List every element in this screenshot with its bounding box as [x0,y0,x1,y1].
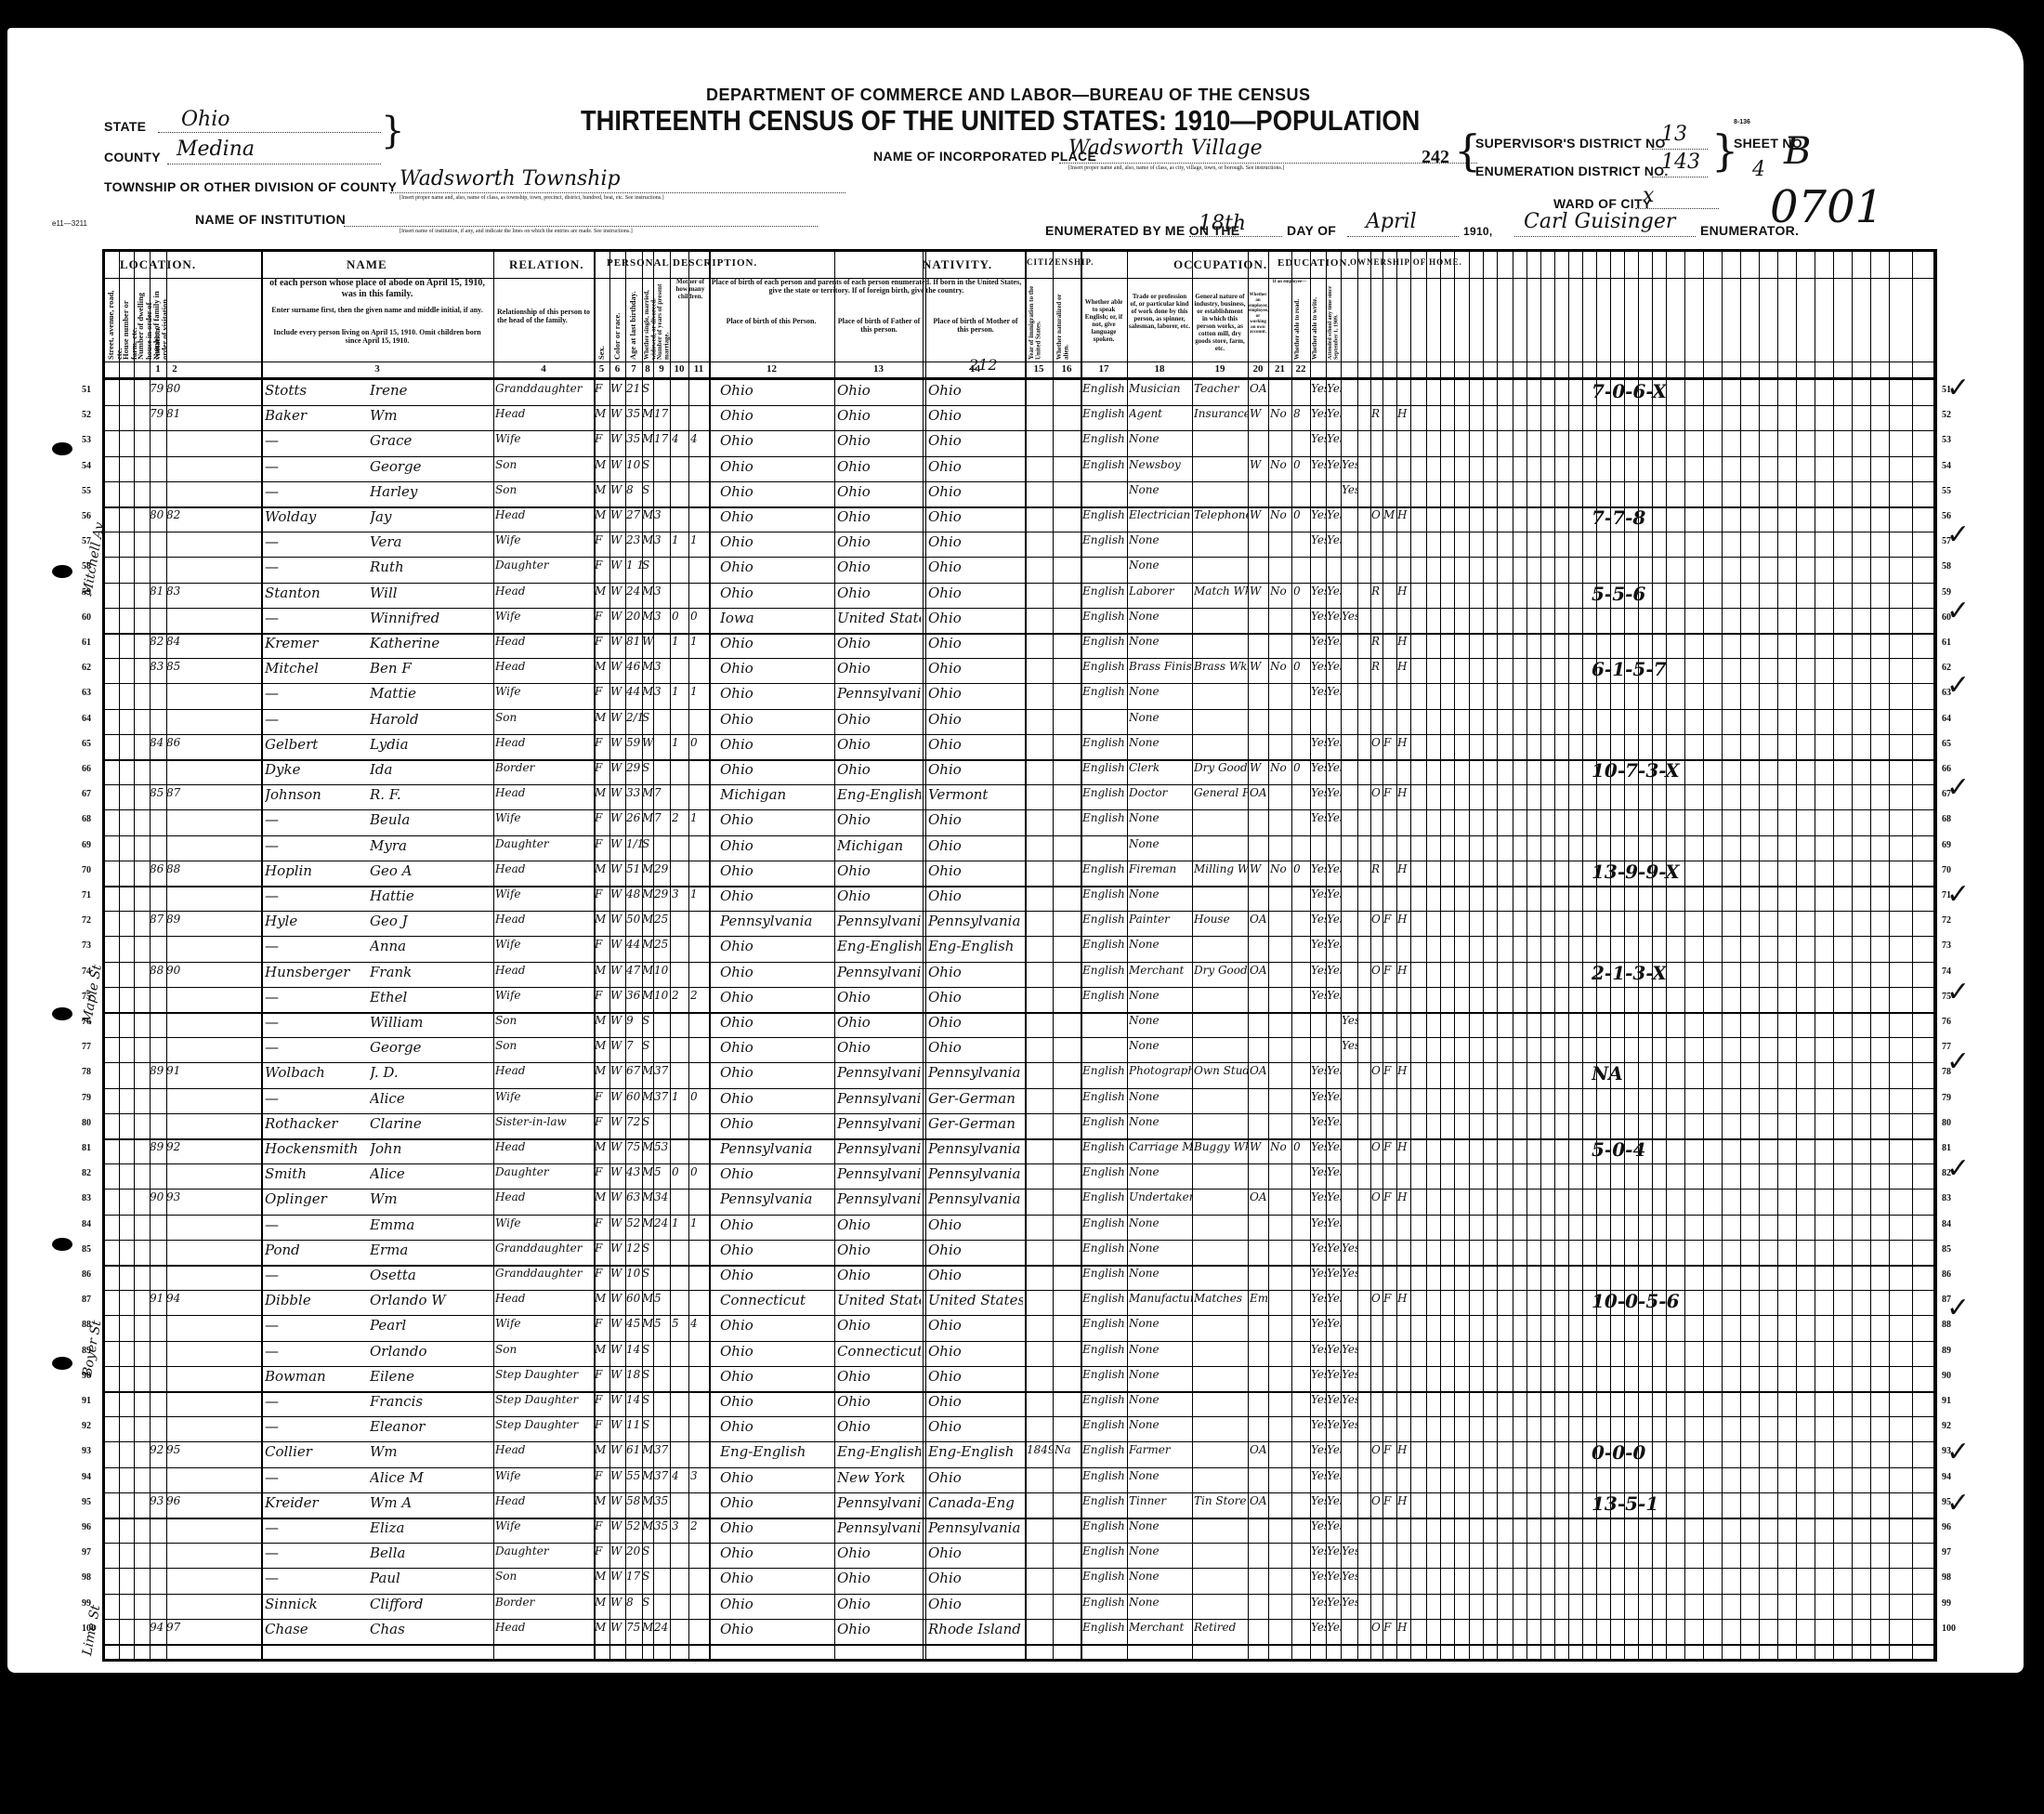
cell-read: Yes [1311,1140,1326,1153]
cell-mother: Eng-English [928,938,1023,954]
cell-trade: Tinner [1129,1494,1192,1507]
cell-fh: H [1397,786,1410,799]
cell-trade: None [1129,736,1192,749]
line-number: 53 [82,435,91,445]
cell-yrs: 17 [654,407,670,420]
cell-birth: Ohio [720,508,832,525]
cell-yrs: 24 [654,1621,670,1634]
language-header: Whether able to speak English; or, if no… [1082,298,1125,343]
cell-trade: Farmer [1129,1443,1192,1456]
cell-mother: Ohio [928,964,1023,980]
cell-age: 8 [626,1596,643,1609]
table-row: 8587JohnsonR. F.HeadMW33M17MichiganEng-E… [105,784,1933,809]
line-number: 64 [1942,714,1951,724]
cell-trade: Agent [1129,407,1192,420]
cell-emp: OA [1250,1190,1268,1203]
cell-age: 14 [626,1343,643,1356]
line-number: 96 [1942,1522,1951,1532]
cell-sex: M [595,660,609,673]
cell-mort: F [1383,913,1396,926]
line-number: 98 [1942,1572,1951,1583]
check-mark-icon: ✓ [1946,1152,1970,1185]
cell-given: George [370,458,491,475]
cell-born: 2 [672,811,688,824]
cell-mother: Ohio [928,559,1023,575]
cell-relation: Son [495,1343,593,1356]
cell-relation: Son [495,711,593,724]
enumeration-month: April [1366,210,1417,233]
cell-sex: F [595,432,609,445]
line-number: 77 [82,1042,91,1052]
cell-mort: F [1383,1621,1396,1634]
line-number: 61 [82,638,91,648]
check-mark-icon: ✓ [1946,595,1970,627]
cell-marital: M1 [642,989,654,1002]
cell-age: 33 [626,786,643,799]
cell-yrs: 3 [654,585,670,598]
cell-color: W [610,407,625,420]
cell-trade: Painter [1129,913,1192,926]
cell-sex: M [595,585,609,598]
cell-industry: Brass Wks [1194,660,1248,673]
cell-mother: Pennsylvania [928,1140,1023,1157]
cell-age: 60 [626,1090,643,1103]
line-number: 86 [1942,1269,1951,1280]
cell-surname: — [265,1519,367,1536]
township-value: Wadsworth Township [400,167,621,191]
cell-sex: F [595,1469,609,1482]
cell-given: Winnifred [370,610,491,626]
cell-living: 1 [690,887,709,900]
cell-read: Yes [1311,1469,1326,1482]
cell-read: Yes [1311,635,1326,648]
cell-age: 75 [626,1621,643,1634]
birth-person-header: Place of birth of this Person. [711,317,832,325]
line-number: 69 [82,840,91,850]
cell-trade: Newsboy [1129,458,1192,471]
cell-relation: Head [495,913,593,926]
cell-code: 10-0-5-6 [1592,1290,1731,1312]
cell-age: 52 [626,1519,643,1532]
cell-emp: Emp [1250,1292,1268,1305]
cell-lang: English [1082,1494,1127,1507]
cell-surname: Hyle [265,913,367,929]
cell-given: Alice [370,1090,491,1107]
cell-surname: Rothacker [265,1115,367,1132]
cell-code: 7-7-8 [1592,506,1731,529]
name-instructions-2: Include every person living on April 15,… [265,328,490,345]
cell-given: Ben F [370,660,491,677]
cell-age: 44 [626,938,643,951]
cell-age: 35 [626,432,643,445]
cell-birth: Ohio [720,1519,832,1536]
punch-hole [52,442,72,455]
cell-yrs: 10 [654,964,670,977]
cell-mother: Canada-Eng [928,1494,1023,1511]
cell-write: Yes [1327,786,1341,799]
cell-mort: F [1383,1064,1396,1077]
cell-lang: English [1082,1190,1127,1203]
table-row: —PearlWifeFW45M2554OhioOhioOhioEnglishNo… [105,1315,1933,1340]
cell-mother: Ohio [928,432,1023,449]
cell-read: Yes [1311,1443,1326,1456]
table-row: 9396KreiderWm AHeadMW58M135OhioPennsylva… [105,1492,1933,1518]
cell-read: Yes [1311,1393,1326,1406]
cell-surname: Gelbert [265,736,367,753]
table-row: BowmanEileneStep DaughterFW18SOhioOhioOh… [105,1366,1933,1391]
cell-given: Jay [370,508,491,525]
cell-school: Yes [1342,1267,1357,1280]
cell-surname: — [265,887,367,904]
cell-born: 1 [672,1216,688,1229]
cell-relation: Wife [495,1090,593,1103]
cell-color: W [610,1292,625,1305]
years-married-header: Number of years of present marriage. [657,282,671,360]
cell-surname: — [265,483,367,500]
cell-dwelling: 90 [150,1190,166,1203]
cell-marital: S [642,1267,654,1280]
cell-father: Pennsylvania [837,1064,921,1081]
cell-lang: English [1082,610,1127,623]
cell-lang: English [1082,1393,1127,1406]
cell-color: W [610,1443,625,1456]
cell-mother: Ohio [928,407,1023,424]
line-number: 98 [82,1572,91,1583]
cell-given: Lydia [370,736,491,753]
table-row: SinnickCliffordBorderMW8SOhioOhioOhioEng… [105,1594,1933,1619]
cell-relation: Daughter [495,559,593,572]
cell-color: W [610,1039,625,1052]
cell-sex: F [595,610,609,623]
cell-given: Wm A [370,1494,491,1511]
cell-birth: Ohio [720,1267,832,1283]
cell-trade: None [1129,1545,1192,1558]
cell-code: 5-5-6 [1592,583,1731,605]
ward-value: x [1643,184,1654,207]
cell-marital: M1 [642,432,654,445]
cell-given: Wm [370,407,491,424]
cell-trade: Clerk [1129,761,1192,774]
cell-write: Yes [1327,964,1341,977]
cell-read: Yes [1311,1418,1326,1431]
table-row: —BellaDaughterFW20SOhioOhioOhioEnglishNo… [105,1543,1933,1568]
cell-mother: Ohio [928,1343,1023,1360]
sheet-no-value: 4 [1752,158,1765,181]
cell-born: 5 [672,1317,688,1330]
cell-sex: F [595,837,609,850]
cell-given: Eilene [370,1368,491,1385]
cell-read: Yes [1311,685,1326,698]
cell-age: 58 [626,1494,643,1507]
check-mark-icon: ✓ [1946,519,1970,551]
cell-mother: Ohio [928,1242,1023,1258]
cell-surname: Dibble [265,1292,367,1308]
cell-marital: M1 [642,1165,654,1178]
cell-color: W [610,660,625,673]
cell-relation: Wife [495,938,593,951]
cell-lang: English [1082,1317,1127,1330]
cell-weeks: 0 [1293,458,1310,471]
cell-own: O [1371,913,1384,926]
line-number: 80 [1942,1118,1951,1128]
cell-trade: Fireman [1129,862,1192,875]
cell-given: Erma [370,1242,491,1258]
cell-read: Yes [1311,1596,1326,1609]
cell-trade: None [1129,1090,1192,1103]
cell-industry: Milling Wks [1194,862,1248,875]
census-rows: 7980StottsIreneGranddaughterFW21SOhioOhi… [105,380,1933,1644]
table-row: —Alice MWifeFW55M13743OhioNew YorkOhioEn… [105,1467,1933,1492]
cell-age: 12 [626,1242,643,1255]
cell-relation: Step Daughter [495,1418,593,1431]
township-label: TOWNSHIP OR OTHER DIVISION OF COUNTY [104,179,397,194]
cell-marital: M1 [642,811,654,824]
cell-age: 23 [626,533,643,546]
if-employee-header: If an employee— [1269,280,1310,285]
cell-mother: Ohio [928,660,1023,677]
cell-mother: Vermont [928,786,1023,803]
cell-family: 92 [166,1140,185,1153]
cell-mother: Ohio [928,989,1023,1006]
cell-sex: F [595,1090,609,1103]
cell-out: No [1270,862,1291,875]
cell-father: Ohio [837,1570,921,1586]
cell-sex: M [595,1343,609,1356]
cell-father: Ohio [837,1418,921,1435]
cell-trade: None [1129,837,1192,850]
cell-color: W [610,1317,625,1330]
cell-school: Yes [1342,1242,1357,1255]
cell-industry: Dry Goods [1194,761,1248,774]
cell-color: W [610,1393,625,1406]
cell-read: Yes [1311,989,1326,1002]
cell-yrs: 29 [654,862,670,875]
cell-marital: M1 [642,1494,654,1507]
cell-age: 14 [626,1393,643,1406]
cell-yrs: 24 [654,1216,670,1229]
line-number: 52 [82,410,91,420]
cell-lang: English [1082,1443,1127,1456]
cell-dwelling: 87 [150,913,166,926]
cell-read: Yes [1311,761,1326,774]
cell-yrs: 3 [654,533,670,546]
cell-own: R [1371,407,1384,420]
cell-birth: Ohio [720,1570,832,1586]
cell-surname: Collier [265,1443,367,1460]
cell-industry: House [1194,913,1248,926]
table-row: —GraceWifeFW35M11744OhioOhioOhioEnglishN… [105,430,1933,455]
cell-relation: Border [495,761,593,774]
cell-lang: English [1082,1418,1127,1431]
cell-color: W [610,1216,625,1229]
cell-read: Yes [1311,1090,1326,1103]
cell-write: Yes [1327,1368,1341,1381]
name-description: of each person whose place of abode on A… [265,278,490,299]
cell-lang: English [1082,862,1127,875]
cell-surname: Stanton [265,585,367,601]
cell-surname: — [265,533,367,550]
cell-industry: Insurance [1194,407,1248,420]
cell-trade: Brass Finisher [1129,660,1192,673]
cell-mother: Ohio [928,1267,1023,1283]
line-number: 95 [82,1497,91,1507]
cell-father: Pennsylvania [837,1519,921,1536]
cell-yrs: 35 [654,1519,670,1532]
cell-own: O [1371,1140,1384,1153]
cell-emp: OA [1250,1494,1268,1507]
cell-birth: Iowa [720,610,832,626]
table-row: 8082WoldayJayHeadMW27M13OhioOhioOhioEngl… [105,506,1933,532]
cell-father: Ohio [837,887,921,904]
cell-birth: Ohio [720,811,832,828]
table-row: 8486GelbertLydiaHeadFW59Wd10OhioOhioOhio… [105,734,1933,759]
table-row: 7980StottsIreneGranddaughterFW21SOhioOhi… [105,380,1933,405]
cell-write: Yes [1327,1596,1341,1609]
cell-marital: Wd [642,635,654,648]
cell-sex: F [595,1545,609,1558]
enumeration-district-value: 143 [1661,151,1700,174]
cell-surname: Hockensmith [265,1140,367,1157]
cell-age: 8 [626,483,643,496]
cell-surname: Oplinger [265,1190,367,1207]
cell-school: Yes [1342,1545,1357,1558]
cell-school: Yes [1342,1596,1357,1609]
cell-surname: Wolbach [265,1064,367,1081]
cell-birth: Ohio [720,635,832,651]
cell-read: Yes [1311,1064,1326,1077]
table-row: PondErmaGranddaughterFW12SOhioOhioOhioEn… [105,1240,1933,1265]
cell-sex: F [595,1242,609,1255]
cell-family: 80 [166,382,185,395]
cell-industry: Matches [1194,1292,1248,1305]
table-row: —EmmaWifeFW52M2411OhioOhioOhioEnglishNon… [105,1215,1933,1240]
state-value: Ohio [181,108,230,131]
cell-read: Yes [1311,964,1326,977]
cell-father: Ohio [837,1039,921,1056]
cell-write: Yes [1327,1216,1341,1229]
name-instructions: Enter surname first, then the given name… [265,306,490,314]
check-mark-icon: ✓ [1946,372,1970,404]
line-number: 92 [82,1421,91,1431]
cell-lang: English [1082,1292,1127,1305]
cell-trade: None [1129,685,1192,698]
table-row: 9295CollierWmHeadMW61M137Eng-EnglishEng-… [105,1441,1933,1466]
cell-trade: None [1129,1317,1192,1330]
cell-color: W [610,811,625,824]
table-row: —OsettaGranddaughterFW10SOhioOhioOhioEng… [105,1265,1933,1290]
cell-own: O [1371,508,1384,521]
cell-relation: Son [495,483,593,496]
cell-write: Yes [1327,1418,1341,1431]
cell-dwelling: 79 [150,382,166,395]
cell-write: Yes [1327,989,1341,1002]
cell-given: Harley [370,483,491,500]
cell-birth: Ohio [720,887,832,904]
cell-mother: Ohio [928,711,1023,728]
cell-birth: Pennsylvania [720,1190,832,1207]
cell-industry: Match Wks [1194,585,1248,598]
cell-relation: Daughter [495,1165,593,1178]
cell-family: 81 [166,407,185,420]
cell-marital: S [642,559,654,572]
cell-age: 45 [626,1317,643,1330]
cell-surname: Kreider [265,1494,367,1511]
line-number: 64 [82,714,91,724]
cell-born: 3 [672,1519,688,1532]
cell-fh: H [1397,660,1410,673]
read-header: Whether able to read. [1294,282,1301,360]
line-number: 82 [82,1168,91,1178]
cell-age: 59 [626,736,643,749]
cell-mother: Ohio [928,1545,1023,1561]
cell-father: United States [837,1292,921,1308]
cell-father: Ohio [837,1621,921,1637]
line-number: 83 [82,1193,91,1203]
table-row: SmithAliceDaughterFW43M1500OhioPennsylva… [105,1163,1933,1189]
cell-birth: Connecticut [720,1292,832,1308]
county-label: COUNTY [104,150,161,164]
cell-yrs: 34 [654,1190,670,1203]
cell-read: Yes [1311,736,1326,749]
cell-surname: Hoplin [265,862,367,879]
cell-lang: English [1082,1165,1127,1178]
cell-read: Yes [1311,913,1326,926]
cell-code: 2-1-3-X [1592,962,1731,984]
sex-header: Sex. [597,308,606,360]
cell-birth: Pennsylvania [720,913,832,929]
cell-family: 89 [166,913,185,926]
cell-relation: Step Daughter [495,1368,593,1381]
cell-given: Ruth [370,559,491,575]
cell-sex: F [595,1418,609,1431]
cell-father: Ohio [837,711,921,728]
cell-fh: H [1397,508,1410,521]
cell-write: Yes [1327,913,1341,926]
cell-write: Yes [1327,1242,1341,1255]
cell-age: 7 [626,1039,643,1052]
cell-trade: Doctor [1129,786,1192,799]
line-number: 54 [82,461,91,471]
cell-mother: Ohio [928,1216,1023,1233]
cell-father: Ohio [837,1596,921,1612]
cell-sex: M [595,1292,609,1305]
cell-lang: English [1082,1064,1127,1077]
cell-trade: Merchant [1129,1621,1192,1634]
cell-living: 2 [690,989,709,1002]
cell-marital: M1 [642,533,654,546]
table-row: —HattieWifeFW48M12931OhioOhioOhioEnglish… [105,886,1933,911]
cell-trade: Undertaker [1129,1190,1192,1203]
cell-code: 13-9-9-X [1592,861,1731,883]
cell-trade: None [1129,938,1192,951]
cell-surname: — [265,811,367,828]
cell-mother: Ohio [928,1014,1023,1031]
cell-lang: English [1082,811,1127,824]
incorporated-place-label: NAME OF INCORPORATED PLACE [873,149,1096,164]
state-label: STATE [104,119,146,134]
cell-age: 50 [626,913,643,926]
cell-sex: M [595,1494,609,1507]
cell-fh: H [1397,1140,1410,1153]
line-number: 72 [1942,915,1951,926]
cell-father: Ohio [837,635,921,651]
line-number: 85 [1942,1244,1951,1255]
line-number: 89 [1942,1346,1951,1356]
line-number: 86 [82,1269,91,1280]
cell-mother: Ohio [928,811,1023,828]
cell-lang: English [1082,508,1127,521]
cell-relation: Head [495,1190,593,1203]
